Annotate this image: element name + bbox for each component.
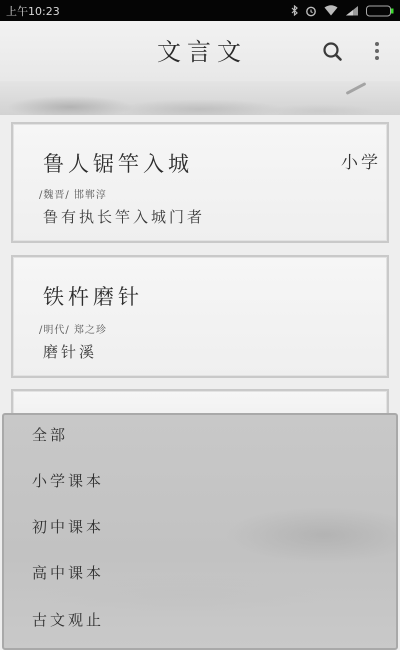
search-button[interactable] [320,39,346,65]
filter-item-junior-high[interactable]: 初中课本 [32,507,372,547]
article-level-tag: 小学 [341,148,381,173]
filter-item-all[interactable]: 全部 [32,415,372,455]
filter-item-guwen-guanzhi[interactable]: 古文观止 [32,600,372,640]
search-icon [320,39,346,65]
status-bar: 上午10:23 [0,0,400,21]
filter-item-senior-high[interactable]: 高中课本 [32,553,372,593]
battery-icon [366,5,394,17]
article-card[interactable]: 鲁人锯竿入城 /魏晋/ 邯郸淳 鲁有执长竿入城门者 小学 [11,122,389,243]
more-options-button[interactable] [366,39,388,65]
app-bar: 文言文 [0,21,400,81]
signal-icon [345,5,359,16]
wifi-icon [324,5,338,16]
article-excerpt: 鲁有执长竿入城门者 [43,206,205,227]
more-vert-icon [366,39,388,65]
banner-decoration [346,82,367,95]
article-excerpt: 磨针溪 [43,341,97,362]
article-dynasty-author: /明代/ 郑之珍 [39,321,107,336]
ink-wash-banner [0,81,400,115]
status-icons [291,5,394,17]
filter-item-primary-school[interactable]: 小学课本 [32,461,372,501]
category-filter-menu[interactable]: 全部 小学课本 初中课本 高中课本 古文观止 [2,413,398,650]
bluetooth-icon [291,5,298,16]
article-title: 铁杵磨针 [43,281,143,311]
alarm-icon [305,5,317,17]
article-title: 鲁人锯竿入城 [43,148,193,178]
status-time: 上午10:23 [6,3,60,19]
article-dynasty-author: /魏晋/ 邯郸淳 [39,186,107,201]
article-card[interactable]: 铁杵磨针 /明代/ 郑之珍 磨针溪 [11,255,389,378]
